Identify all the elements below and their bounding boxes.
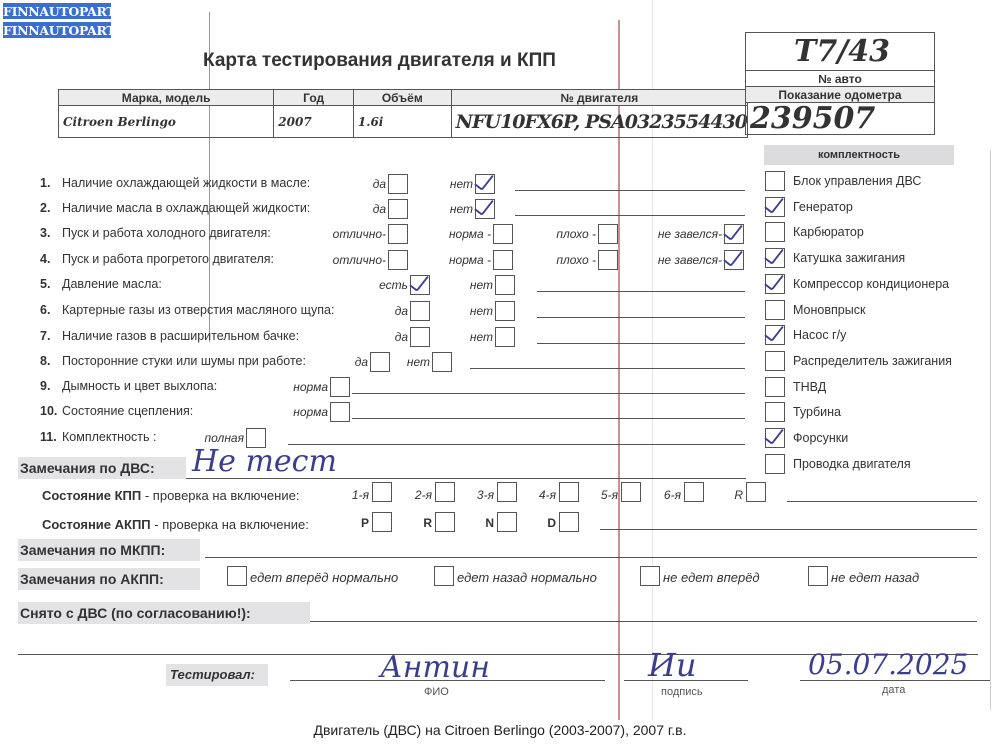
check-option-checkbox[interactable] [598, 250, 618, 270]
signature-line [624, 680, 748, 681]
check-option-label: нет [450, 202, 473, 216]
completeness-checkbox[interactable] [765, 402, 785, 422]
completeness-item-label: Генератор [793, 200, 853, 214]
gear-checkbox[interactable] [684, 482, 704, 502]
position-checkbox[interactable] [559, 512, 579, 532]
date-line [800, 680, 990, 681]
model-value[interactable]: Citroen Berlingo [59, 106, 274, 138]
tester-name-line [290, 680, 605, 681]
check-option-label: норма - [449, 253, 491, 267]
check-notes-line[interactable] [515, 215, 745, 216]
gear-label: 6-я [664, 488, 681, 502]
completeness-checkbox[interactable] [765, 377, 785, 397]
check-option-checkbox[interactable] [724, 224, 744, 244]
removed-line[interactable] [310, 621, 977, 622]
position-label: R [423, 516, 432, 530]
check-option-checkbox[interactable] [410, 301, 430, 321]
check-option-checkbox[interactable] [493, 250, 513, 270]
volume-value[interactable]: 1.6i [353, 106, 451, 138]
check-option-label: норма [293, 380, 328, 394]
check-notes-line[interactable] [470, 368, 745, 369]
auto-gearbox-label: Состояние АКПП - проверка на включение: [42, 517, 309, 532]
akpp-option-checkbox[interactable] [808, 566, 828, 586]
column-header-model: Марка, модель [59, 90, 274, 106]
check-option-checkbox[interactable] [388, 199, 408, 219]
check-option-label: нет [450, 177, 473, 191]
check-item-number: 9. [40, 379, 62, 393]
auto-gearbox-title: Состояние АКПП [42, 517, 151, 532]
gear-checkbox[interactable] [746, 482, 766, 502]
completeness-checkbox[interactable] [765, 274, 785, 294]
car-number-value[interactable]: T7/43 [746, 33, 935, 71]
check-option-label: нет [470, 304, 493, 318]
completeness-item-label: Компрессор кондиционера [793, 277, 949, 291]
gear-label: 2-я [415, 488, 432, 502]
check-item-text: Состояние сцепления: [62, 404, 193, 418]
check-option-label: норма - [449, 227, 491, 241]
check-item-label: 1.Наличие охлаждающей жидкости в масле: [40, 176, 310, 190]
form-title: Карта тестирования двигателя и КПП [203, 50, 556, 72]
odometer-value[interactable]: 239507 [746, 103, 935, 135]
check-option-label: нет [470, 330, 493, 344]
check-notes-line[interactable] [537, 291, 745, 292]
akpp-option-checkbox[interactable] [227, 566, 247, 586]
check-option-label: да [395, 304, 408, 318]
akpp-option-checkbox[interactable] [434, 566, 454, 586]
check-option-label: полная [205, 431, 244, 445]
check-item-label: 7.Наличие газов в расширительном бачке: [40, 329, 299, 343]
akpp-option-label: едет вперёд нормально [250, 570, 398, 585]
check-item-number: 5. [40, 277, 62, 291]
completeness-checkbox[interactable] [765, 248, 785, 268]
vehicle-info-table: Марка, модель Год Объём № двигателя Citr… [58, 89, 748, 138]
check-option-checkbox[interactable] [410, 327, 430, 347]
mkpp-remarks-label: Замечания по МКПП: [18, 539, 200, 561]
check-option-checkbox[interactable] [330, 377, 350, 397]
check-option-label: да [373, 202, 386, 216]
check-option-label: есть [379, 278, 408, 292]
check-item-text: Пуск и работа холодного двигателя: [62, 226, 271, 240]
completeness-checkbox[interactable] [765, 171, 785, 191]
check-item-number: 2. [40, 201, 62, 215]
year-value[interactable]: 2007 [274, 106, 354, 138]
signature-caption: подпись [661, 686, 703, 698]
gear-label: 1-я [352, 488, 369, 502]
check-item-label: 4.Пуск и работа прогретого двигателя: [40, 252, 274, 266]
car-odometer-table: T7/43 № авто Показание одометра 239507 [745, 32, 935, 135]
check-option-label: нет [407, 355, 430, 369]
gear-checkbox[interactable] [559, 482, 579, 502]
completeness-checkbox[interactable] [765, 428, 785, 448]
tester-name-caption: ФИО [424, 686, 449, 698]
check-option-label: да [373, 177, 386, 191]
check-item-label: 10.Состояние сцепления: [40, 404, 193, 418]
check-item-label: 8.Посторонние стуки или шумы при работе: [40, 354, 306, 368]
check-item-text: Наличие охлаждающей жидкости в масле: [62, 176, 310, 190]
akpp-option-label: едет назад нормально [457, 570, 597, 585]
check-option-label: плохо - [556, 227, 596, 241]
check-item-label: 5.Давление масла: [40, 277, 162, 291]
check-option-label: норма [293, 405, 328, 419]
completeness-item-label: Катушка зажигания [793, 251, 905, 265]
check-option-checkbox[interactable] [475, 174, 495, 194]
completeness-checkbox[interactable] [765, 325, 785, 345]
completeness-item-label: Насос г/у [793, 328, 846, 342]
removed-label: Снято с ДВС (по согласованию!): [18, 602, 310, 624]
engine-number-value[interactable]: NFU10FX6P, PSA0323554430 [451, 106, 747, 138]
check-item-number: 8. [40, 354, 62, 368]
check-option-checkbox[interactable] [388, 224, 408, 244]
akpp-option-checkbox[interactable] [640, 566, 660, 586]
check-item-text: Комплектность : [62, 430, 156, 444]
completeness-item-label: ТНВД [793, 380, 826, 394]
watermark-badge: FINNAUTOPARTS [2, 21, 112, 39]
engine-remarks-line [186, 478, 746, 479]
check-option-checkbox[interactable] [598, 224, 618, 244]
manual-gearbox-label: Состояние КПП - проверка на включение: [42, 488, 299, 503]
completeness-checkbox[interactable] [765, 454, 785, 474]
gear-label: 5-я [601, 488, 618, 502]
check-item-label: 6.Картерные газы из отверстия масляного … [40, 303, 334, 317]
position-checkbox[interactable] [372, 512, 392, 532]
check-item-label: 11.Комплектность : [40, 430, 156, 444]
akpp-option-label: не едет вперёд [663, 570, 760, 585]
position-checkbox[interactable] [497, 512, 517, 532]
check-option-label: плохо - [556, 253, 596, 267]
check-option-checkbox[interactable] [495, 275, 515, 295]
tested-by-label: Тестировал: [166, 664, 268, 686]
check-option-label: да [395, 330, 408, 344]
check-option-checkbox[interactable] [388, 250, 408, 270]
manual-gearbox-subtitle: - проверка на включение: [141, 488, 299, 503]
column-header-year: Год [274, 90, 354, 106]
check-item-number: 4. [40, 252, 62, 266]
car-number-label: № авто [746, 71, 935, 87]
check-notes-line[interactable] [515, 190, 745, 191]
date-caption: дата [882, 684, 905, 696]
check-item-number: 6. [40, 303, 62, 317]
completeness-item-label: Турбина [793, 405, 841, 419]
check-option-label: не завелся- [658, 253, 722, 267]
check-notes-line[interactable] [537, 343, 745, 344]
manual-gearbox-title: Состояние КПП [42, 488, 141, 503]
check-option-checkbox[interactable] [388, 174, 408, 194]
check-item-text: Наличие масла в охлаждающей жидкости: [62, 201, 310, 215]
check-item-text: Наличие газов в расширительном бачке: [62, 329, 299, 343]
check-item-text: Пуск и работа прогретого двигателя: [62, 252, 274, 266]
gear-checkbox[interactable] [435, 482, 455, 502]
scan-faint-line [990, 150, 991, 710]
engine-remarks-value[interactable]: Не тест [192, 444, 337, 479]
gear-label: 4-я [539, 488, 556, 502]
check-item-text: Картерные газы из отверстия масляного щу… [62, 303, 334, 317]
check-option-checkbox[interactable] [432, 352, 452, 372]
check-item-number: 10. [40, 404, 62, 418]
check-option-checkbox[interactable] [495, 301, 515, 321]
check-option-checkbox[interactable] [495, 327, 515, 347]
completeness-item-label: Карбюратор [793, 225, 864, 239]
column-header-engine-number: № двигателя [451, 90, 747, 106]
mkpp-remarks-line[interactable] [205, 557, 977, 558]
check-item-number: 11. [40, 430, 62, 444]
check-item-text: Дымность и цвет выхлопа: [62, 379, 217, 393]
gear-checkbox[interactable] [621, 482, 641, 502]
gear-checkbox[interactable] [497, 482, 517, 502]
check-notes-line[interactable] [288, 444, 745, 445]
completeness-item-label: Блок управления ДВС [793, 174, 921, 188]
check-option-checkbox[interactable] [475, 199, 495, 219]
check-option-label: да [355, 355, 368, 369]
check-option-checkbox[interactable] [370, 352, 390, 372]
check-item-number: 3. [40, 226, 62, 240]
check-item-label: 3.Пуск и работа холодного двигателя: [40, 226, 271, 240]
date-value[interactable]: 05.07.2025 [808, 648, 968, 681]
check-item-text: Давление масла: [62, 277, 162, 291]
check-item-number: 1. [40, 176, 62, 190]
check-option-label: отлично- [333, 227, 386, 241]
check-option-checkbox[interactable] [330, 402, 350, 422]
column-header-volume: Объём [353, 90, 451, 106]
completeness-checkbox[interactable] [765, 222, 785, 242]
check-notes-line[interactable] [352, 393, 745, 394]
akpp-remarks-label: Замечания по АКПП: [18, 568, 200, 590]
auto-gearbox-subtitle: - проверка на включение: [151, 517, 309, 532]
check-item-number: 7. [40, 329, 62, 343]
manual-gearbox-line [787, 501, 977, 502]
engine-remarks-label: Замечания по ДВС: [18, 457, 186, 479]
check-notes-line[interactable] [352, 418, 745, 419]
position-label: N [485, 516, 494, 530]
position-label: P [361, 516, 369, 530]
completeness-header: комплектность [764, 145, 954, 165]
check-option-checkbox[interactable] [410, 275, 430, 295]
completeness-item-label: Моновпрыск [793, 303, 865, 317]
auto-gearbox-line [600, 529, 977, 530]
completeness-checkbox[interactable] [765, 197, 785, 217]
completeness-item-label: Распределитель зажигания [793, 354, 952, 368]
completeness-item-label: Проводка двигателя [793, 457, 911, 471]
check-option-checkbox[interactable] [493, 224, 513, 244]
check-option-label: отлично- [333, 253, 386, 267]
position-checkbox[interactable] [435, 512, 455, 532]
check-option-label: нет [470, 278, 493, 292]
gear-label: R [734, 488, 743, 502]
completeness-item-label: Форсунки [793, 431, 848, 445]
check-item-label: 2.Наличие масла в охлаждающей жидкости: [40, 201, 310, 215]
image-caption: Двигатель (ДВС) на Citroen Berlingo (200… [0, 722, 1000, 738]
signature-value[interactable]: Ии [648, 646, 697, 684]
check-option-checkbox[interactable] [724, 250, 744, 270]
gear-checkbox[interactable] [372, 482, 392, 502]
akpp-option-label: не едет назад [831, 570, 919, 585]
check-item-text: Посторонние стуки или шумы при работе: [62, 354, 306, 368]
watermark-badge: FINNAUTOPARTS [2, 2, 112, 20]
odometer-label: Показание одометра [746, 87, 935, 103]
check-item-label: 9.Дымность и цвет выхлопа: [40, 379, 217, 393]
gear-label: 3-я [477, 488, 494, 502]
completeness-checkbox[interactable] [765, 300, 785, 320]
check-notes-line[interactable] [537, 317, 745, 318]
check-option-label: не завелся- [658, 227, 722, 241]
completeness-checkbox[interactable] [765, 351, 785, 371]
position-label: D [547, 516, 556, 530]
